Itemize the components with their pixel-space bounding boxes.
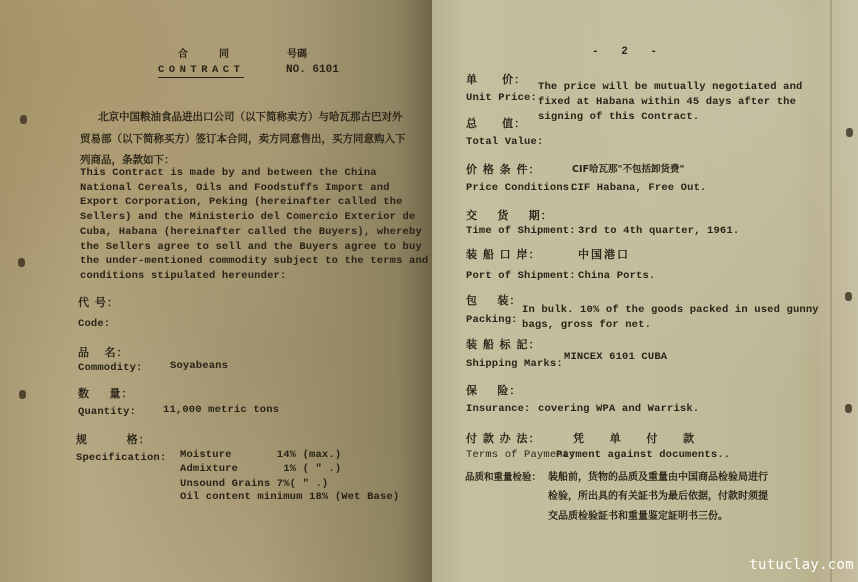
price-conditions-value-zh: CIF哈瓦那"不包括卸货费"	[572, 163, 684, 178]
terms-of-payment-value: Payment against documents..	[556, 448, 730, 463]
binding-hole	[846, 128, 853, 137]
unit-price-value: signing of this Contract.	[538, 110, 699, 125]
intro-en-line: conditions stipulated hereunder:	[80, 269, 410, 284]
quantity-value: 11,000 metric tons	[163, 403, 279, 418]
time-of-shipment-label-zh: 交 货 期：	[466, 209, 553, 224]
code-label: Code:	[78, 317, 110, 332]
quality-inspection-value: 交品质检验証书和重量鉴定証明书三份。	[548, 510, 728, 525]
unit-price-value: fixed at Habana within 45 days after the	[538, 95, 796, 110]
shipping-marks-label: Shipping Marks:	[466, 357, 563, 372]
intro-english: This Contract is made by and between the…	[80, 166, 410, 284]
intro-en-line: Export Corporation, Peking (hereinafter …	[80, 195, 410, 210]
contract-number: NO. 6101	[286, 64, 339, 76]
shipping-marks-label-zh: 装 船 标 記：	[466, 338, 541, 353]
intro-zh-line: 北京中国粮油食品进出口公司（以下简称卖方）与哈瓦那古巴对外	[98, 110, 403, 125]
code-label-zh: 代 号：	[78, 296, 119, 311]
insurance-value: covering WPA and Warrisk.	[538, 402, 699, 417]
total-value-label: Total Value:	[466, 135, 543, 150]
spec-moisture: Moisture 14% (max.)	[180, 448, 341, 463]
intro-en-line: the Sellers agree to sell and the Buyers…	[80, 240, 410, 255]
header-zh-contract-1: 合	[178, 45, 188, 60]
intro-en-line: This Contract is made by and between the…	[80, 166, 410, 181]
intro-zh-line: 贸易部（以下简称买方）签订本合同，卖方同意售出，买方同意购入下	[80, 132, 406, 147]
insurance-label: Insurance:	[466, 402, 531, 417]
packing-value: In bulk. 10% of the goods packed in used…	[522, 303, 819, 318]
header-zh-contract-2: 同	[219, 45, 229, 60]
binding-hole	[845, 292, 852, 301]
price-conditions-label: Price Conditions:	[466, 181, 576, 196]
price-conditions-value: CIF Habana, Free Out.	[571, 181, 706, 196]
binding-hole	[19, 390, 26, 399]
packing-label: Packing:	[466, 313, 518, 328]
specification-label: Specification:	[76, 451, 166, 466]
quality-inspection-value: 检验，所出具的有关証书为最后依据，付款时须提	[548, 490, 768, 505]
packing-label-zh: 包 装：	[466, 294, 521, 309]
page-fold	[830, 0, 832, 582]
port-of-shipment-value: China Ports.	[578, 269, 655, 284]
port-of-shipment-label: Port of Shipment:	[466, 269, 576, 284]
insurance-label-zh: 保 险：	[466, 384, 521, 399]
terms-of-payment-value-zh: 凭 单 付 款	[573, 432, 700, 447]
time-of-shipment-label: Time of Shipment:	[466, 224, 576, 239]
contract-title: CONTRACT	[158, 64, 244, 78]
price-conditions-label-zh: 价 格 条 件：	[466, 163, 541, 178]
quantity-label-zh: 数 量：	[78, 387, 133, 402]
shipping-marks-value: MINCEX 6101 CUBA	[564, 350, 667, 365]
page-number: - 2 -	[592, 46, 665, 58]
binding-hole	[20, 115, 27, 124]
quality-inspection-value: 装船前，货物的品质及重量由中国商品检验局进行	[548, 471, 768, 486]
commodity-value: Soyabeans	[170, 359, 228, 374]
binding-hole	[845, 404, 852, 413]
port-of-shipment-label-zh: 装 船 口 岸：	[466, 248, 541, 263]
specification-label-zh: 规 格：	[76, 433, 151, 448]
packing-value: bags, gross for net.	[522, 318, 651, 333]
quantity-label: Quantity:	[78, 405, 136, 420]
port-of-shipment-value-zh: 中国港口	[578, 248, 630, 263]
intro-en-line: Cuba, Habana (hereinafter called the Buy…	[80, 225, 410, 240]
terms-of-payment-label-zh: 付 款 办 法：	[466, 432, 541, 447]
commodity-label-zh: 品 名：	[78, 346, 129, 361]
time-of-shipment-value: 3rd to 4th quarter, 1961.	[578, 224, 739, 239]
quality-inspection-label-zh: 品质和重量检验：	[465, 471, 541, 486]
intro-en-line: the under-mentioned commodity subject to…	[80, 254, 410, 269]
unit-price-label: Unit Price:	[466, 91, 537, 106]
commodity-label: Commodity:	[78, 361, 143, 376]
watermark: tutuclay.com	[749, 557, 854, 573]
spec-oil-content: Oil content minimum 18% (Wet Base)	[180, 490, 399, 505]
header-zh-number: 号碼	[287, 45, 307, 60]
spec-admixture: Admixture 1% ( " .)	[180, 462, 341, 477]
total-value-label-zh: 总 值：	[466, 117, 526, 132]
binding-hole	[18, 258, 25, 267]
unit-price-value: The price will be mutually negotiated an…	[538, 80, 803, 95]
intro-en-line: Sellers) and the Ministerio del Comercio…	[80, 210, 410, 225]
intro-en-line: National Cereals, Oils and Foodstuffs Im…	[80, 181, 410, 196]
unit-price-label-zh: 单 价：	[466, 73, 526, 88]
contract-page-1: 合 同 号碼 CONTRACT NO. 6101 北京中国粮油食品进出口公司（以…	[0, 0, 432, 582]
